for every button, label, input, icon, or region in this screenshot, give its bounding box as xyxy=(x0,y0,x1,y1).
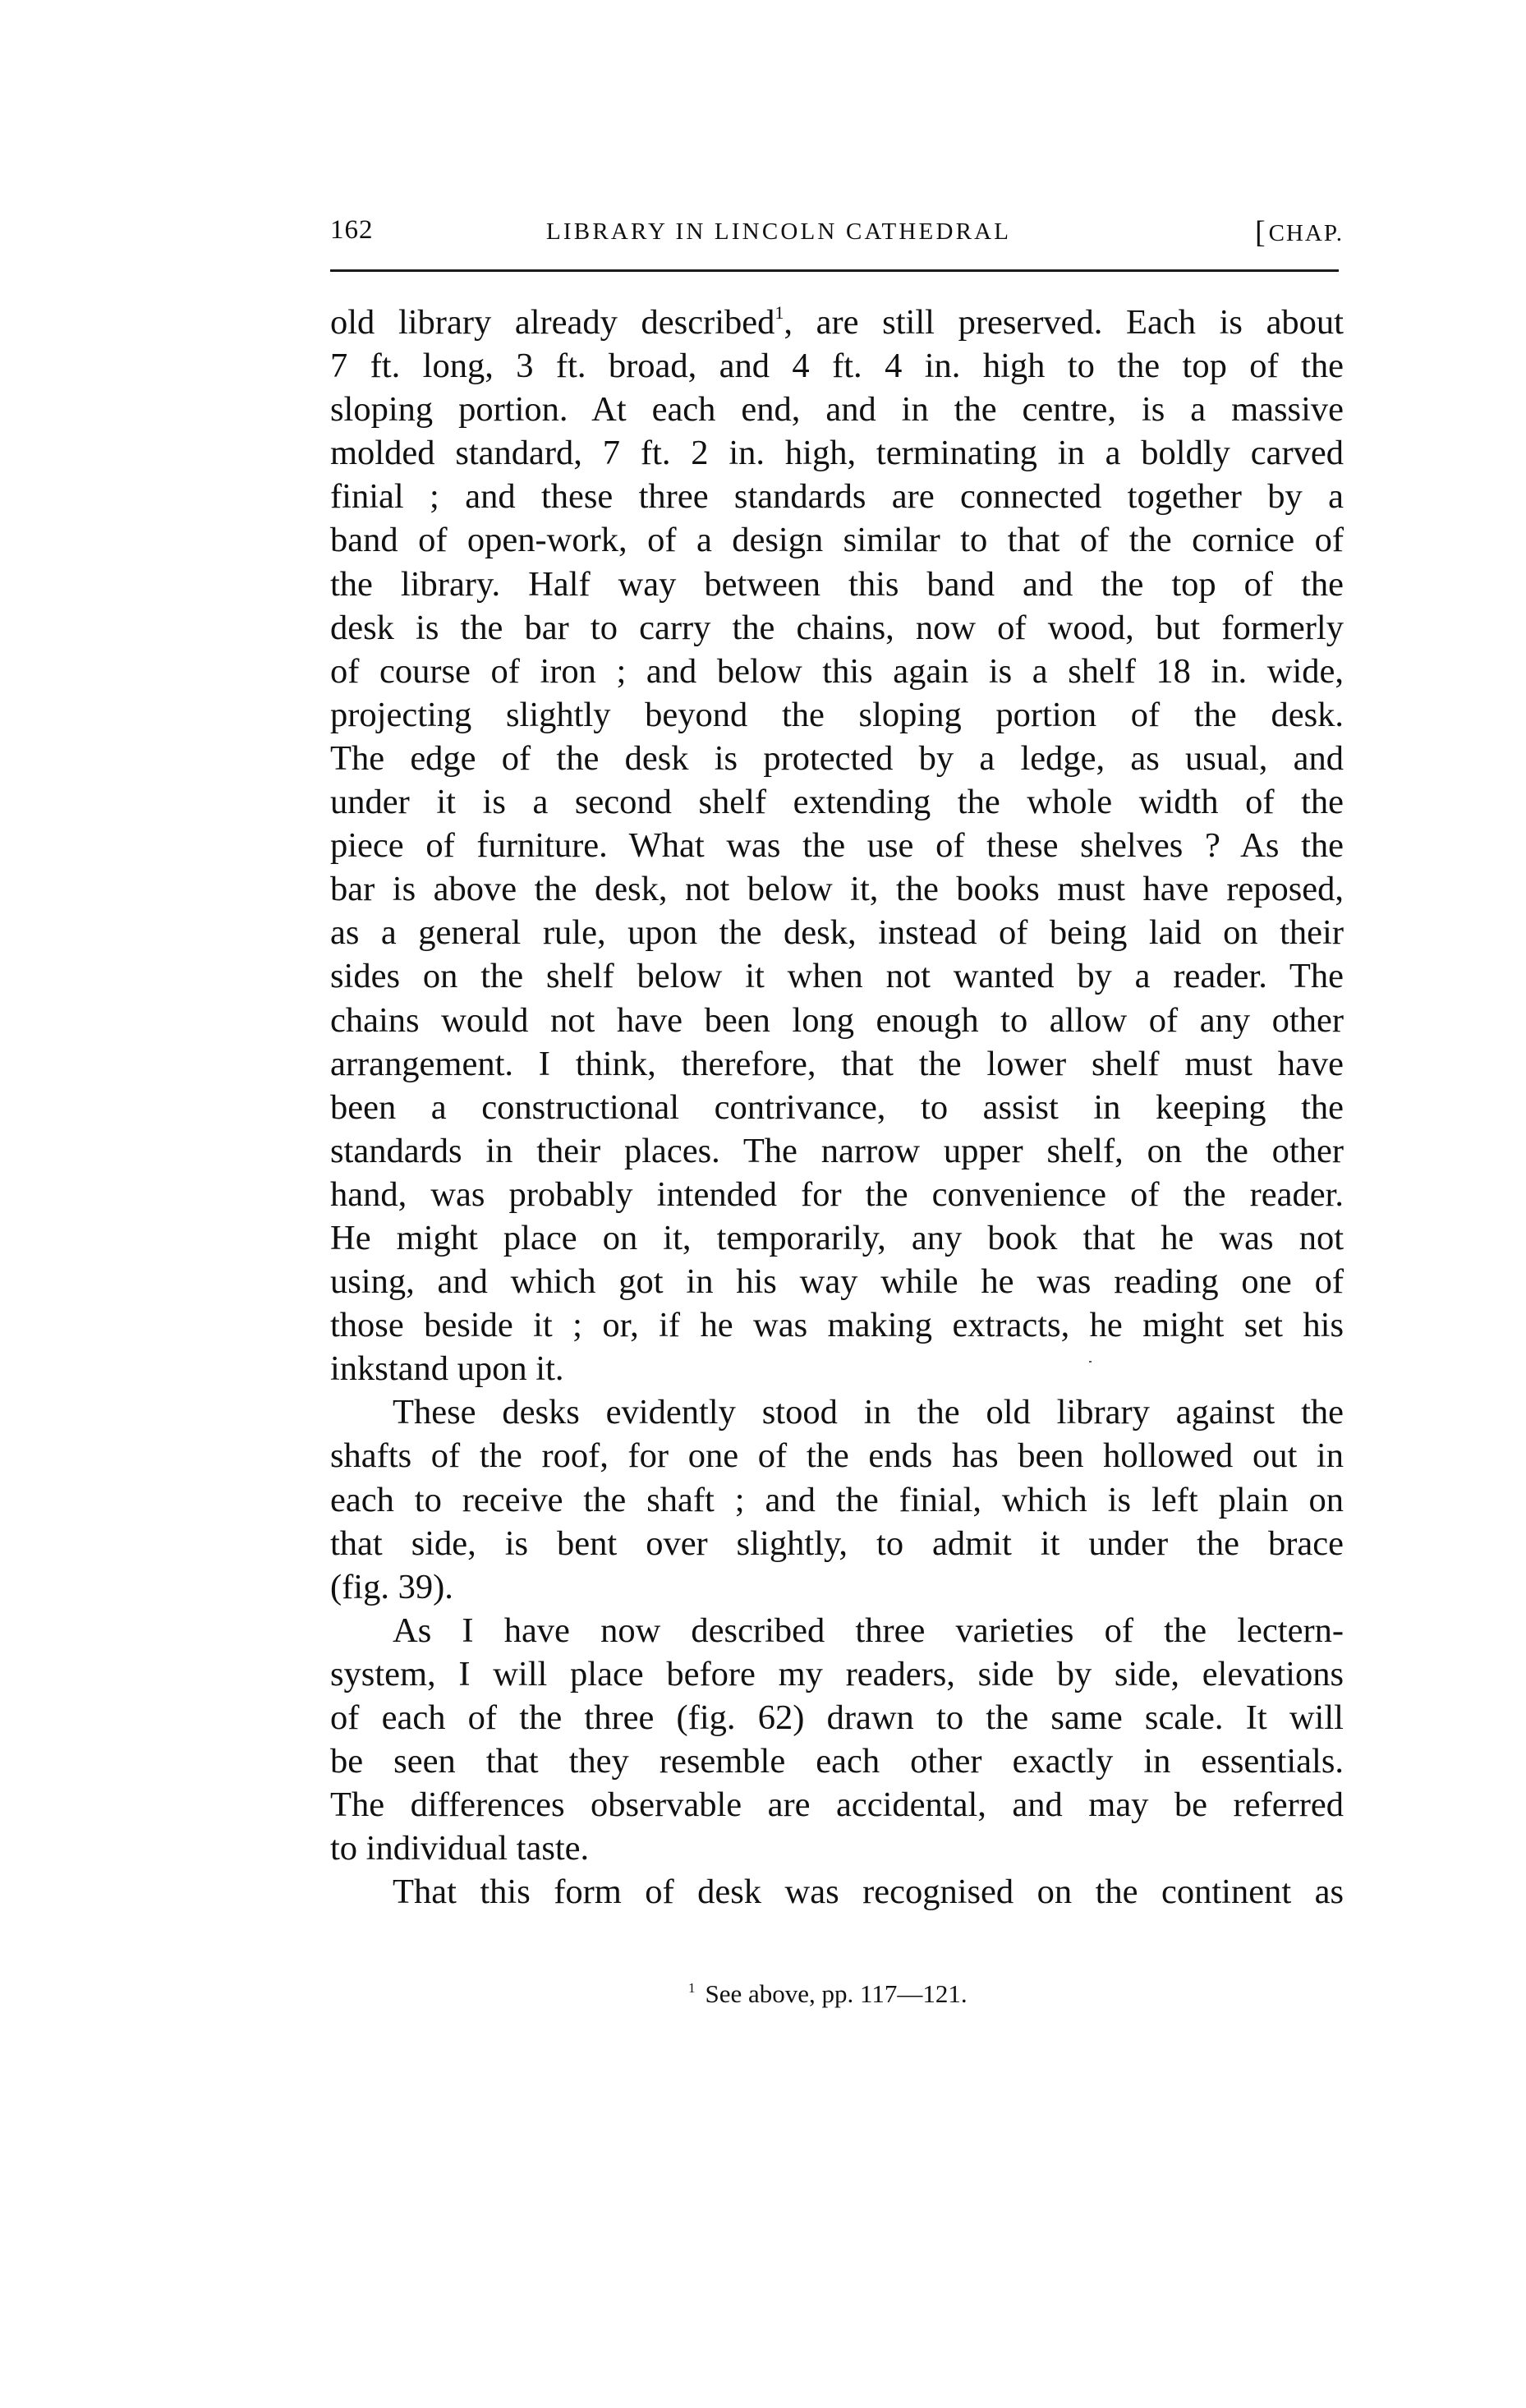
text-line: 7 ft. long, 3 ft. broad, and 4 ft. 4 in.… xyxy=(330,344,1344,388)
line-text: old library already described xyxy=(330,303,774,342)
text-line: sides on the shelf below it when not wan… xyxy=(330,954,1344,998)
text-line-paragraph-start: As I have now described three varieties … xyxy=(330,1609,1344,1652)
text-line: piece of furniture. What was the use of … xyxy=(330,824,1344,867)
text-line: of course of iron ; and below this again… xyxy=(330,650,1344,693)
header-rule xyxy=(330,269,1339,272)
text-line: those beside it ; or, if he was making e… xyxy=(330,1303,1344,1347)
page-number: 162 xyxy=(330,215,374,245)
text-line: desk is the bar to carry the chains, now… xyxy=(330,606,1344,650)
body-text: old library already described1, are stil… xyxy=(330,301,1344,1914)
text-line: the library. Half way between this band … xyxy=(330,563,1344,606)
text-line-paragraph-start: These desks evidently stood in the old l… xyxy=(330,1390,1344,1434)
text-line: molded standard, 7 ft. 2 in. high, termi… xyxy=(330,431,1344,475)
text-line: finial ; and these three standards are c… xyxy=(330,475,1344,518)
scan-speck xyxy=(1089,1361,1092,1363)
text-line: of each of the three (fig. 62) drawn to … xyxy=(330,1696,1344,1739)
running-title: LIBRARY IN LINCOLN CATHEDRAL xyxy=(546,217,1011,246)
text-line: hand, was probably intended for the conv… xyxy=(330,1173,1344,1216)
footnote-reference[interactable]: 1 xyxy=(774,302,784,323)
text-line: as a general rule, upon the desk, instea… xyxy=(330,911,1344,954)
text-line-paragraph-end: to individual taste. xyxy=(330,1827,1344,1870)
text-line: that side, is bent over slightly, to adm… xyxy=(330,1522,1344,1565)
footnote-marker: 1 xyxy=(688,1980,696,1996)
text-line: He might place on it, temporarily, any b… xyxy=(330,1216,1344,1260)
text-line: bar is above the desk, not below it, the… xyxy=(330,867,1344,911)
text-line-paragraph-end: inkstand upon it. xyxy=(330,1347,1344,1390)
text-line: band of open-work, of a design similar t… xyxy=(330,518,1344,562)
text-line: system, I will place before my readers, … xyxy=(330,1652,1344,1696)
text-line: each to receive the shaft ; and the fini… xyxy=(330,1478,1344,1522)
footnote-text: See above, pp. 117—121. xyxy=(706,1979,968,2008)
text-line: using, and which got in his way while he… xyxy=(330,1260,1344,1303)
line-text: , are still preserved. Each is about xyxy=(784,303,1344,342)
text-line: old library already described1, are stil… xyxy=(330,301,1344,344)
text-line: arrangement. I think, therefore, that th… xyxy=(330,1042,1344,1086)
footnote: 1See above, pp. 117—121. xyxy=(688,1979,968,2009)
text-line: shafts of the roof, for one of the ends … xyxy=(330,1434,1344,1477)
chapter-label: CHAP. xyxy=(1269,220,1344,246)
text-line: under it is a second shelf extending the… xyxy=(330,780,1344,824)
text-line: projecting slightly beyond the sloping p… xyxy=(330,693,1344,737)
text-line-paragraph-end: (fig. 39). xyxy=(330,1565,1344,1609)
text-line: chains would not have been long enough t… xyxy=(330,999,1344,1042)
text-line: The edge of the desk is protected by a l… xyxy=(330,737,1344,780)
running-head: 162 LIBRARY IN LINCOLN CATHEDRAL [CHAP. xyxy=(330,215,1344,245)
text-line: been a constructional contrivance, to as… xyxy=(330,1086,1344,1129)
text-line: sloping portion. At each end, and in the… xyxy=(330,388,1344,431)
chapter-marker: [CHAP. xyxy=(1255,216,1344,248)
text-line: The differences observable are accidenta… xyxy=(330,1783,1344,1827)
text-line: standards in their places. The narrow up… xyxy=(330,1129,1344,1173)
chapter-bracket: [ xyxy=(1255,215,1267,250)
text-line: be seen that they resemble each other ex… xyxy=(330,1739,1344,1783)
text-line-paragraph-start: That this form of desk was recognised on… xyxy=(330,1870,1344,1914)
